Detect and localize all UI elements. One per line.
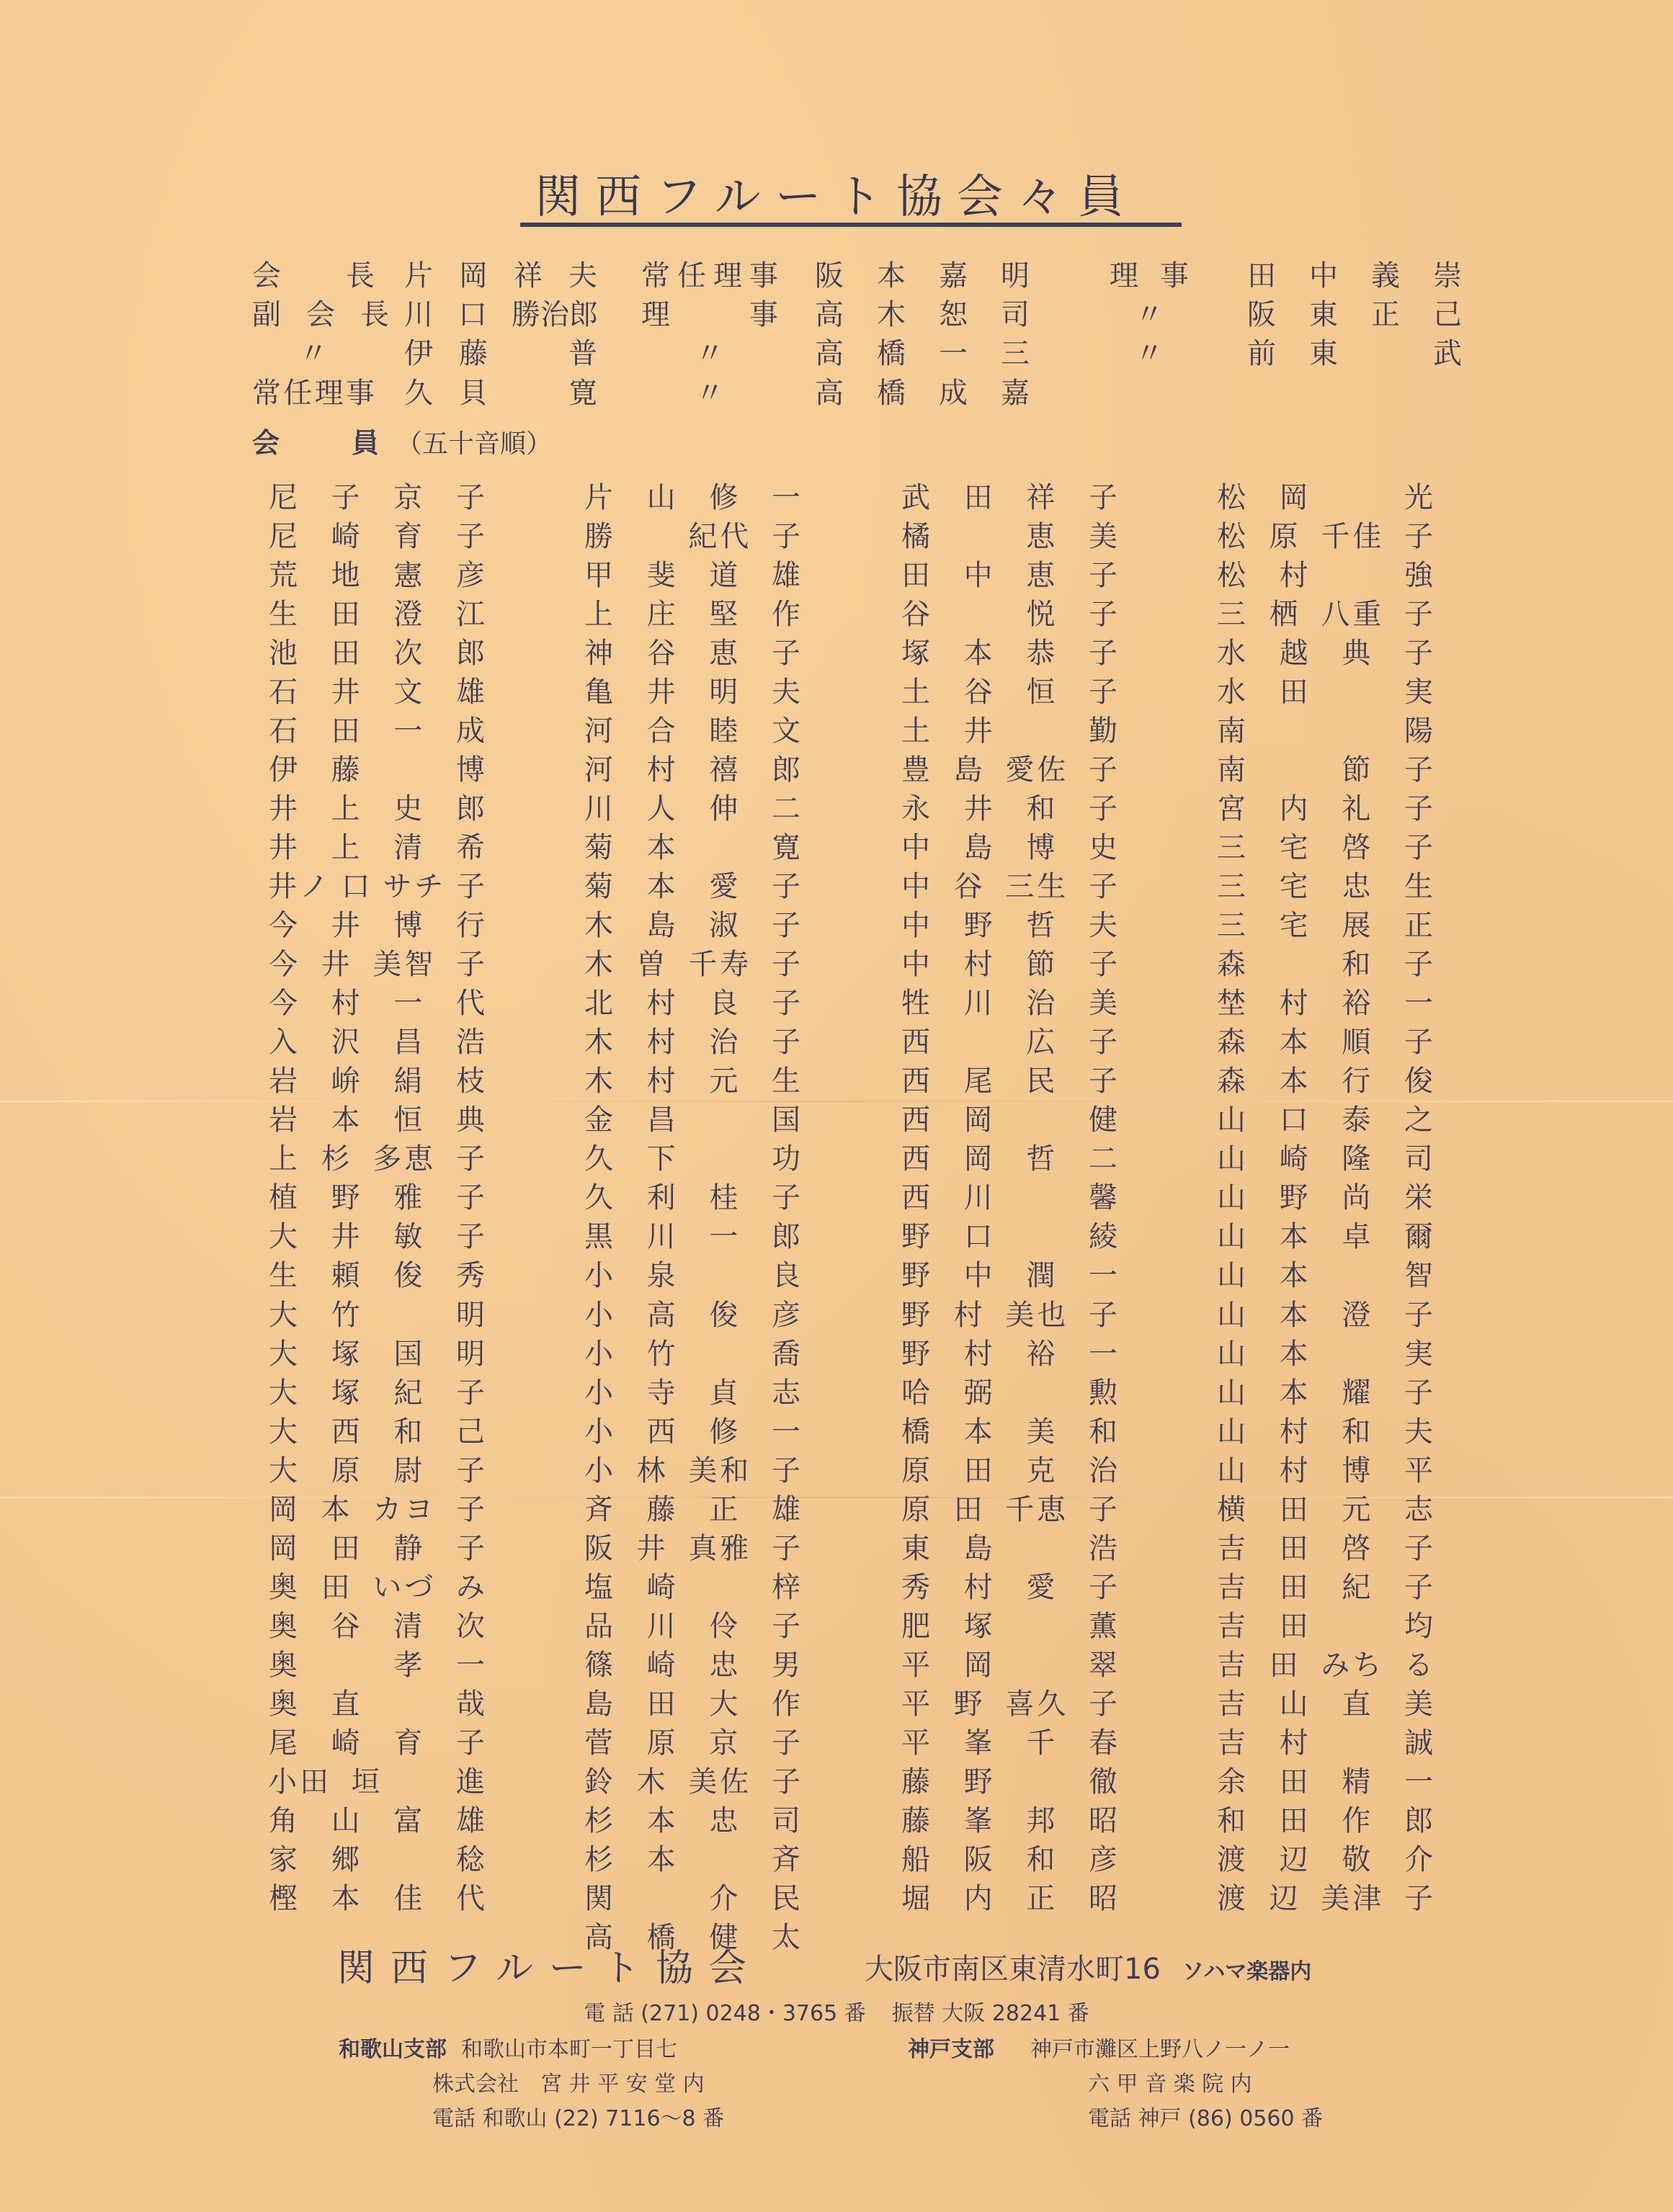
- officer-role: 〃: [641, 374, 778, 413]
- member-name-part: 孝: [390, 1642, 426, 1683]
- member-name: 生頼俊秀: [265, 1254, 488, 1293]
- member-name-part: 子: [452, 1448, 488, 1489]
- member-name-part: 本: [328, 1097, 364, 1138]
- member-name-part: 江: [452, 591, 488, 632]
- member-name-part: 祥: [1022, 475, 1058, 516]
- member-name: 吉山直美: [1213, 1682, 1437, 1721]
- page-title: 関西フルート協会々員: [0, 160, 1673, 226]
- member-name: 中村節子: [898, 943, 1121, 982]
- member-name-part: 荒: [265, 552, 301, 594]
- member-name-part: 恒: [390, 1097, 426, 1138]
- member-name-part: 本: [643, 825, 679, 866]
- member-name-part: 田: [643, 1681, 679, 1722]
- member-name-part: 塚: [960, 1603, 996, 1644]
- member-name: 金昌国: [581, 1098, 804, 1137]
- member-name-part: 井: [633, 1526, 669, 1567]
- member-name: 中谷三生子: [898, 864, 1121, 903]
- member-name: 小田垣進: [265, 1760, 488, 1799]
- officer-name-char: 川: [403, 295, 434, 334]
- member-name: 尼子京子: [265, 475, 488, 514]
- member-name-part: 本: [1276, 1058, 1312, 1099]
- member-name-part: 田: [950, 1487, 986, 1528]
- member-name-part: 本: [1276, 1019, 1312, 1060]
- member-name-part: 村: [950, 1292, 986, 1333]
- member-name-part: 平: [898, 1681, 934, 1722]
- member-name-part: 子: [452, 1487, 488, 1528]
- officer-name-char: 祥: [513, 256, 543, 295]
- member-name-part: 西: [898, 1175, 934, 1216]
- member-name-part: 忠: [705, 1642, 741, 1683]
- member-name-part: 崎: [1276, 1136, 1312, 1177]
- member-name: 山野尚栄: [1213, 1176, 1437, 1215]
- member-name-part: 本: [1276, 1331, 1312, 1372]
- member-name-part: 本: [960, 1409, 996, 1450]
- member-name-part: 菊: [581, 825, 617, 866]
- officer-name-char: 前: [1246, 334, 1277, 373]
- member-name-part: 進: [452, 1759, 488, 1800]
- member-name-part: 弼: [960, 1370, 996, 1411]
- member-name-part: 尼: [265, 514, 301, 555]
- member-name-part: 口: [960, 1214, 996, 1255]
- member-name: 菊本愛子: [581, 864, 804, 903]
- member-name-part: 井: [960, 708, 996, 749]
- member-name-part: 秀: [898, 1564, 934, 1606]
- member-name-part: 稔: [452, 1837, 488, 1878]
- officer-name-char: 成: [938, 374, 968, 413]
- officer-name-char: 藤: [458, 334, 488, 373]
- member-name-part: 本: [1276, 1214, 1312, 1255]
- member-name-part: 内: [1276, 786, 1312, 827]
- member-name-part: 敬: [1338, 1837, 1374, 1878]
- member-name-part: 子: [1085, 1058, 1121, 1099]
- member-name-part: 良: [705, 980, 741, 1021]
- officer-name-char: 嘉: [938, 256, 968, 295]
- member-name: 今井博行: [265, 904, 488, 943]
- member-name: 阪井真雅子: [581, 1526, 804, 1565]
- member-name-part: 生: [265, 1253, 301, 1294]
- member-name-part: 真雅: [685, 1526, 751, 1567]
- member-name-part: 八重: [1318, 591, 1384, 632]
- member-name-part: 小: [581, 1448, 617, 1489]
- member-name-part: 生: [768, 1058, 804, 1099]
- member-name-part: 子: [1401, 514, 1437, 555]
- member-name-part: 馨: [1085, 1175, 1121, 1216]
- officer-name-char: 高: [814, 295, 844, 334]
- member-name-part: 西: [898, 1058, 934, 1099]
- member-name-part: 哈: [898, 1370, 934, 1411]
- member-name-part: 寺: [643, 1370, 679, 1411]
- member-name-part: 塚: [328, 1370, 364, 1411]
- member-name-part: 梓: [768, 1564, 804, 1606]
- member-name-part: 紀: [390, 1370, 426, 1411]
- member-name-part: 野: [898, 1214, 934, 1255]
- member-name-part: 俊: [390, 1253, 426, 1294]
- member-name-part: 田: [1276, 1603, 1312, 1644]
- member-name-part: 博: [1022, 825, 1058, 866]
- member-name-part: 修: [705, 475, 741, 516]
- member-name: 野村裕一: [898, 1332, 1121, 1371]
- member-name-part: 爾: [1401, 1214, 1437, 1255]
- member-name-part: 之: [1401, 1097, 1437, 1138]
- member-name: 河村禧郎: [581, 748, 804, 787]
- member-name-part: 哉: [452, 1681, 488, 1722]
- member-name-part: 崎: [643, 1642, 679, 1683]
- member-name-part: 奥: [265, 1642, 301, 1683]
- branch-name: 神戸支部: [908, 2033, 1030, 2067]
- officer-name-char: [513, 334, 543, 373]
- member-name-part: 和: [1338, 941, 1374, 982]
- member-name-part: 品: [581, 1603, 617, 1644]
- member-name-part: 本: [328, 1876, 364, 1917]
- member-name-part: 栖: [1266, 591, 1302, 632]
- member-name-part: 川: [960, 980, 996, 1021]
- member-name-part: 泉: [643, 1253, 679, 1294]
- officer-name-char: 本: [876, 256, 906, 295]
- member-name: 吉村誠: [1213, 1721, 1437, 1760]
- member-name-part: 入: [265, 1019, 301, 1060]
- officer-row: 会長片岡祥夫常任理事阪本嘉明理事田中義崇: [252, 256, 1463, 295]
- member-name: 藤峯邦昭: [898, 1799, 1121, 1838]
- member-name-part: 山: [1276, 1681, 1312, 1722]
- member-name: 木島淑子: [581, 904, 804, 943]
- member-name: 鈴木美佐子: [581, 1760, 804, 1799]
- member-name-part: 栄: [1401, 1175, 1437, 1216]
- member-name-part: 司: [768, 1798, 804, 1839]
- member-name: 野村美也子: [898, 1293, 1121, 1332]
- member-name-part: 勲: [1085, 1370, 1121, 1411]
- member-name-part: 井: [265, 786, 301, 827]
- officer-role: 理事: [641, 295, 778, 334]
- officer-name-char: 阪: [814, 256, 844, 295]
- member-name-part: 子: [1401, 630, 1437, 671]
- member-name: 平峯千春: [898, 1721, 1121, 1760]
- member-name: 岩本恒典: [265, 1098, 488, 1137]
- member-name-part: 小: [581, 1409, 617, 1450]
- officer-role-char: 常: [252, 374, 281, 413]
- member-name-part: 小: [581, 1370, 617, 1411]
- member-name-part: 順: [1338, 1019, 1374, 1060]
- officer-name-char: 己: [1432, 295, 1463, 334]
- member-name-part: 一: [1085, 1253, 1121, 1294]
- member-name-part: 橋: [898, 1409, 934, 1450]
- member-name-part: 子: [1401, 1526, 1437, 1567]
- member-name-part: 豊: [898, 747, 934, 788]
- member-name-part: 曽: [633, 941, 669, 982]
- member-name-part: 本: [643, 1837, 679, 1878]
- member-name-part: 峅: [328, 1058, 364, 1099]
- officer-role-char: 理: [713, 256, 742, 295]
- officer-role: 常任理事: [252, 374, 375, 413]
- member-name: 松原千佳子: [1213, 514, 1437, 553]
- member-name: 大竹明: [265, 1293, 488, 1332]
- member-name-part: 薫: [1085, 1603, 1121, 1644]
- member-name: 豊島愛佐子: [898, 748, 1121, 787]
- member-name: 塩崎梓: [581, 1565, 804, 1604]
- member-name-part: 子: [1085, 1487, 1121, 1528]
- member-name-part: 原: [898, 1448, 934, 1489]
- member-name-part: 尾: [960, 1058, 996, 1099]
- member-name: 中島博史: [898, 825, 1121, 864]
- member-name-part: 奥: [265, 1603, 301, 1644]
- member-name-part: 千: [1022, 1720, 1058, 1761]
- member-name-part: 子: [768, 1448, 804, 1489]
- member-name-part: 京: [705, 1720, 741, 1761]
- member-name-part: 直: [1338, 1681, 1374, 1722]
- member-name-part: 菅: [581, 1720, 617, 1761]
- member-name-part: 郎: [452, 630, 488, 671]
- member-name-part: 子: [1401, 1876, 1437, 1917]
- member-name: 小寺貞志: [581, 1371, 804, 1410]
- member-name: 木村治子: [581, 1021, 804, 1060]
- member-name-part: 典: [1338, 630, 1374, 671]
- member-name-part: 奥: [265, 1564, 301, 1606]
- member-name: 土井勤: [898, 709, 1121, 748]
- member-name-part: 昭: [1085, 1876, 1121, 1917]
- officer-name-char: 三: [1000, 334, 1030, 373]
- member-name-part: 司: [1401, 1136, 1437, 1177]
- member-name-part: 奥: [265, 1681, 301, 1722]
- member-name-part: カヨ: [370, 1487, 436, 1528]
- officer-name-char: 岡: [458, 256, 488, 295]
- officer-role-char: 〃: [1135, 334, 1164, 373]
- member-name-part: 京: [390, 475, 426, 516]
- member-name-part: 鈴: [581, 1759, 617, 1800]
- member-name-part: 野: [898, 1253, 934, 1294]
- officer-name-char: 阪: [1246, 295, 1277, 334]
- member-name-part: 富: [390, 1798, 426, 1839]
- member-name: 東島浩: [898, 1526, 1121, 1565]
- branch-line: 六 甲 音 楽 院 内: [908, 2067, 1323, 2102]
- officer-name-char: [513, 374, 543, 413]
- member-name-part: 介: [705, 1876, 741, 1917]
- member-name-part: 田: [1276, 1759, 1312, 1800]
- member-name-part: 郎: [768, 747, 804, 788]
- officer-name: 高橋一三: [814, 334, 1030, 373]
- member-name: 渡辺敬介: [1213, 1838, 1437, 1877]
- member-name-part: 次: [390, 630, 426, 671]
- member-name-part: 埜: [1213, 980, 1249, 1021]
- member-column-3: 武田祥子橘恵美田中恵子谷悦子塚本恭子土谷恒子土井勤豊島愛佐子永井和子中島博史中谷…: [898, 475, 1121, 1916]
- member-name-part: 斉: [768, 1837, 804, 1878]
- member-name: 島田大作: [581, 1682, 804, 1721]
- member-name-part: 山: [1213, 1331, 1249, 1372]
- officer-name-char: 勝治郎: [512, 295, 598, 334]
- member-name-part: 子: [1085, 1681, 1121, 1722]
- member-name-part: 正: [1401, 903, 1437, 944]
- member-name-part: 貞: [705, 1370, 741, 1411]
- officer-name-char: 正: [1370, 295, 1401, 334]
- member-name-part: 一: [390, 980, 426, 1021]
- member-name-part: 関: [581, 1876, 617, 1917]
- member-name: 松村強: [1213, 553, 1437, 592]
- officer-role-char: 会: [252, 256, 281, 295]
- member-name-part: 中: [960, 552, 996, 594]
- member-name: 小竹喬: [581, 1332, 804, 1371]
- member-name: 岩峅絹枝: [265, 1060, 488, 1098]
- member-name-part: 島: [960, 1526, 996, 1567]
- member-name-part: 松: [1213, 552, 1249, 594]
- member-name-part: 清: [390, 825, 426, 866]
- officer-name-char: 東: [1308, 295, 1339, 334]
- member-name-part: 村: [643, 1019, 679, 1060]
- members-heading: 会員（五十音順）: [252, 425, 552, 462]
- member-name-part: 啓: [1338, 1526, 1374, 1567]
- member-name-part: 治: [1085, 1448, 1121, 1489]
- officer-role-char: 理: [1110, 256, 1138, 295]
- member-name-part: 行: [452, 903, 488, 944]
- officer-role-char: 任: [283, 374, 312, 413]
- officer-name-char: 久: [403, 374, 434, 413]
- member-name-part: 島: [643, 903, 679, 944]
- member-name-part: 岡: [960, 1642, 996, 1683]
- member-name-part: 敏: [390, 1214, 426, 1255]
- branch-kobe: 神戸支部神戸市灘区上野八ノ一ノ一 六 甲 音 楽 院 内 電話 神戸 (86) …: [908, 2033, 1323, 2136]
- member-name-part: 山: [1213, 1292, 1249, 1333]
- officer-name: 阪本嘉明: [814, 256, 1030, 295]
- officer-row: 常任理事久貝寛〃高橋成嘉: [252, 374, 1463, 413]
- member-name: 山口泰之: [1213, 1098, 1437, 1137]
- member-name-part: 文: [768, 708, 804, 749]
- member-name-part: 典: [452, 1097, 488, 1138]
- member-name-part: 子: [1085, 669, 1121, 710]
- member-name-part: 木: [581, 1019, 617, 1060]
- member-name-part: 吉: [1213, 1642, 1249, 1683]
- member-name-part: 樫: [265, 1876, 301, 1917]
- member-name-part: 渡: [1213, 1837, 1249, 1878]
- member-column-4: 松岡光松原千佳子松村強三栖八重子水越典子水田実南陽南節子宮内礼子三宅啓子三宅忠生…: [1213, 475, 1437, 1916]
- member-name-part: 原: [328, 1448, 364, 1489]
- member-name-part: 宅: [1276, 864, 1312, 905]
- member-name: 田中恵子: [898, 553, 1121, 592]
- member-name: 哈弼勲: [898, 1371, 1121, 1410]
- officer-role: 副会長: [252, 295, 389, 334]
- member-name-part: 伊: [265, 747, 301, 788]
- member-name: 杉本忠司: [581, 1799, 804, 1838]
- officer-name-char: 伊: [403, 334, 434, 373]
- member-name: 品川伶子: [581, 1604, 804, 1643]
- officer-role: 会長: [252, 256, 375, 295]
- member-name-part: 平: [898, 1642, 934, 1683]
- officer-name-char: 口: [458, 295, 488, 334]
- member-name-part: 雄: [452, 1798, 488, 1839]
- member-name-part: 岡: [265, 1487, 301, 1528]
- member-name: 肥塚薫: [898, 1604, 1121, 1643]
- member-name-part: 実: [1401, 1331, 1437, 1372]
- member-name-part: 上: [328, 786, 364, 827]
- member-name-part: 美和: [685, 1448, 751, 1489]
- member-name-part: 昭: [1085, 1798, 1121, 1839]
- member-name-part: 悦: [1022, 591, 1058, 632]
- member-name-part: 本: [643, 864, 679, 905]
- member-name-part: 竹: [643, 1331, 679, 1372]
- member-name-part: 吉: [1213, 1526, 1249, 1567]
- member-name: 三栖八重子: [1213, 592, 1437, 631]
- member-name-part: 下: [643, 1136, 679, 1177]
- member-name-part: 植: [265, 1175, 301, 1216]
- member-name-part: 哲: [1022, 903, 1058, 944]
- member-name-part: 石: [265, 669, 301, 710]
- member-name-part: 希: [452, 825, 488, 866]
- member-name: 谷悦子: [898, 592, 1121, 631]
- member-name-part: 田: [1276, 1564, 1312, 1606]
- member-name: 勝紀代子: [581, 514, 804, 553]
- member-name: 菅原京子: [581, 1721, 804, 1760]
- member-name-part: 子: [768, 1175, 804, 1216]
- member-name-part: 子: [1401, 1564, 1437, 1606]
- member-name-part: 功: [768, 1136, 804, 1177]
- member-name-part: 橘: [898, 514, 934, 555]
- member-name-part: 忠: [705, 1798, 741, 1839]
- member-name-part: 今: [265, 903, 301, 944]
- member-name-part: 山: [1213, 1409, 1249, 1450]
- officer-name-char: 武: [1432, 334, 1463, 373]
- member-name-part: 博: [390, 903, 426, 944]
- member-name-part: 田: [1276, 1487, 1312, 1528]
- officer-name: 久貝寛: [403, 374, 598, 413]
- member-name-part: 彦: [768, 1292, 804, 1333]
- member-name-part: 篠: [581, 1642, 617, 1683]
- member-name-part: 村: [643, 1058, 679, 1099]
- member-name-part: 田: [318, 1564, 354, 1606]
- branch-line: 電話 和歌山 (22) 7116〜8 番: [339, 2102, 724, 2136]
- member-name-part: 子: [1085, 1292, 1121, 1333]
- officer-role: 〃: [252, 334, 375, 373]
- member-name-part: 今: [265, 941, 301, 982]
- member-name-part: 直: [328, 1681, 364, 1722]
- member-name-part: 男: [768, 1642, 804, 1683]
- officer-role: 〃: [1110, 334, 1189, 373]
- member-name-part: 裕: [1338, 980, 1374, 1021]
- member-name-part: 神: [581, 630, 617, 671]
- member-name-part: 今: [265, 980, 301, 1021]
- officer-role-char: 事: [1160, 256, 1189, 295]
- member-name-part: 子: [1401, 591, 1437, 632]
- member-name-part: 谷: [950, 864, 986, 905]
- member-name-part: 文: [390, 669, 426, 710]
- member-name: 山本澄子: [1213, 1293, 1437, 1332]
- member-name-part: 南: [1213, 747, 1249, 788]
- member-name-part: 元: [705, 1058, 741, 1099]
- member-name-part: 内: [960, 1876, 996, 1917]
- member-name: 樫本佳代: [265, 1877, 488, 1916]
- officer-role: 〃: [641, 334, 778, 373]
- member-name: 神谷恵子: [581, 631, 804, 670]
- member-name: 岡田静子: [265, 1526, 488, 1565]
- member-name-part: 子: [1085, 786, 1121, 827]
- officer-name-char: 貝: [458, 374, 488, 413]
- member-name-part: 明: [705, 669, 741, 710]
- member-name-part: 子: [452, 1136, 488, 1177]
- member-name-part: 浩: [452, 1019, 488, 1060]
- member-name: 上杉多恵子: [265, 1137, 488, 1176]
- member-name-part: 子: [768, 1603, 804, 1644]
- member-name-part: 島: [581, 1681, 617, 1722]
- member-name-part: 美津: [1318, 1876, 1384, 1917]
- member-name-part: 阪: [960, 1837, 996, 1878]
- member-name-part: 堀: [898, 1876, 934, 1917]
- member-name-part: 辺: [1266, 1876, 1302, 1917]
- officer-name-char: 嘉: [1000, 374, 1030, 413]
- member-name-part: 子: [1085, 1564, 1121, 1606]
- member-name-part: 子: [452, 1175, 488, 1216]
- member-name-part: 田: [328, 630, 364, 671]
- member-name-part: 池: [265, 630, 301, 671]
- member-name: 西岡哲二: [898, 1137, 1121, 1176]
- member-name-part: 成: [452, 708, 488, 749]
- member-name-part: 森: [1213, 941, 1249, 982]
- member-name-part: 民: [768, 1876, 804, 1917]
- member-name-part: 子: [1401, 747, 1437, 788]
